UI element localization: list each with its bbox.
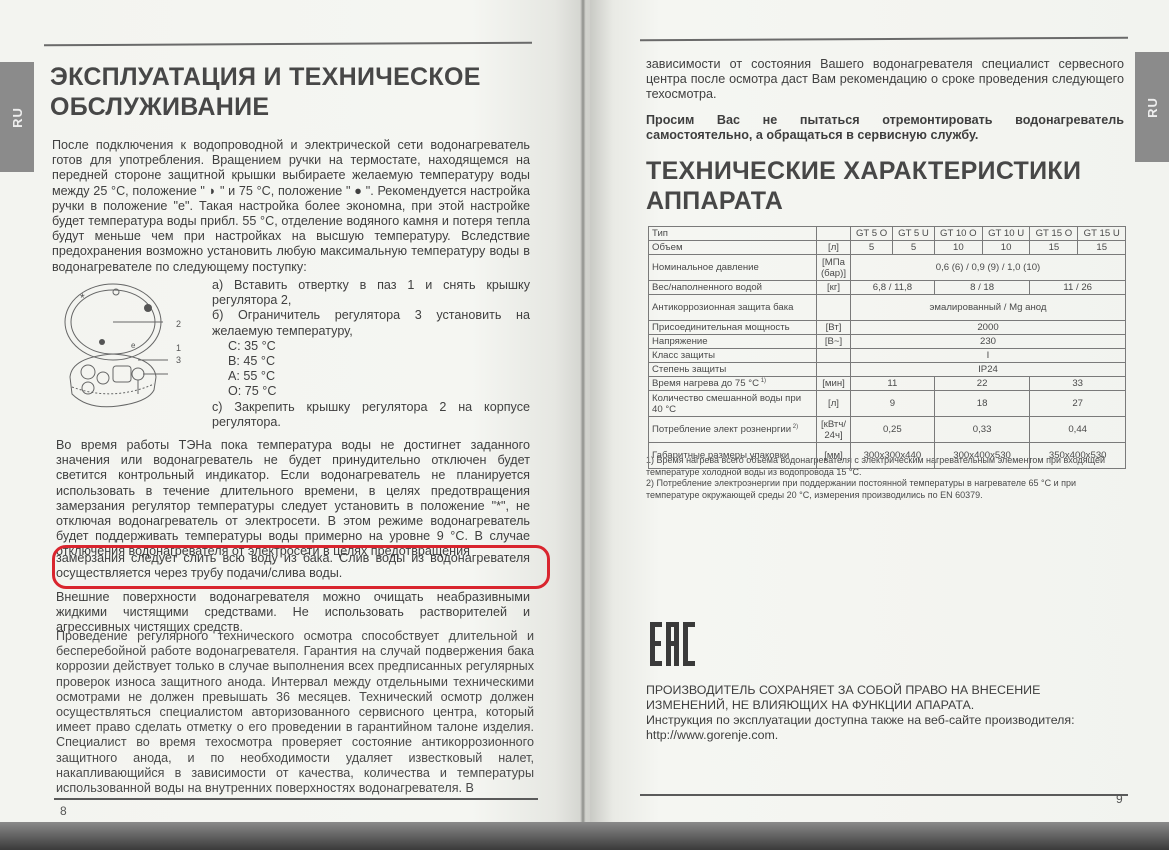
table-row: Объем[л]5510101515 — [649, 241, 1126, 255]
row-label: Номинальное давление — [649, 255, 817, 281]
row-unit: [мм] — [817, 443, 851, 469]
row-value: 10 — [982, 241, 1030, 255]
row-unit: [кВтч/ 24ч] — [817, 417, 851, 443]
diagram-callouts: 2 1 3 — [176, 318, 181, 366]
table-row: Степень защитыIP24 — [649, 363, 1126, 377]
bottom-rule — [640, 794, 1128, 796]
row-value: 11 — [851, 377, 935, 391]
row-value: 230 — [851, 335, 1126, 349]
page-number: 8 — [60, 804, 67, 818]
language-tab: RU — [1135, 52, 1169, 162]
row-label: Степень защиты — [649, 363, 817, 377]
row-unit: [Вт] — [817, 321, 851, 335]
language-tab-label: RU — [1145, 97, 1160, 118]
red-highlight-outline — [52, 545, 550, 589]
table-row: Класс защитыI — [649, 349, 1126, 363]
row-label: Напряжение — [649, 335, 817, 349]
setting-c: C: 35 °C — [212, 339, 530, 354]
model-header: GT 15 O — [1030, 227, 1078, 241]
eac-mark-icon — [650, 622, 696, 666]
table-row: Потребление элект розненргии 2)[кВтч/ 24… — [649, 417, 1126, 443]
table-row: Напряжение[В~]230 — [649, 335, 1126, 349]
row-value: 0,6 (6) / 0,9 (9) / 1,0 (10) — [851, 255, 1126, 281]
setting-o: O: 75 °C — [212, 384, 530, 399]
table-row: Количество смешанной воды при 40 °C[л]91… — [649, 391, 1126, 417]
continuation-paragraph: зависимости от состояния Вашего водонагр… — [646, 57, 1124, 103]
step-b: б) Ограничитель регулятора 3 установить … — [212, 308, 530, 338]
header-type-label: Тип — [649, 227, 817, 241]
manufacturer-url[interactable]: http://www.gorenje.com. — [646, 728, 1116, 743]
header-unit-cell — [817, 227, 851, 241]
maintenance-paragraph: Проведение регулярного технического осмо… — [56, 629, 534, 796]
table-row: Присоединительная мощность[Вт]2000 — [649, 321, 1126, 335]
row-value: 5 — [851, 241, 893, 255]
svg-text:*: * — [80, 291, 85, 305]
row-unit: [л] — [817, 241, 851, 255]
row-value: 22 — [934, 377, 1030, 391]
bottom-rule — [54, 798, 538, 800]
row-unit: [л] — [817, 391, 851, 417]
row-value: 11 / 26 — [1030, 281, 1126, 295]
svg-text:e: e — [131, 341, 136, 350]
row-value: 2000 — [851, 321, 1126, 335]
row-value: 9 — [851, 391, 935, 417]
table-row: Габаритные размеры упаковки[мм]300x300x4… — [649, 443, 1126, 469]
row-unit — [817, 349, 851, 363]
row-unit: [кг] — [817, 281, 851, 295]
row-value: 15 — [1078, 241, 1126, 255]
row-value: 15 — [1030, 241, 1078, 255]
page-number: 9 — [1116, 792, 1123, 806]
row-unit: [МПа (бар)] — [817, 255, 851, 281]
thermostat-diagram: * e — [58, 282, 193, 422]
model-header: GT 10 U — [982, 227, 1030, 241]
row-label: Объем — [649, 241, 817, 255]
limiter-steps: а) Вставить отвертку в паз 1 и снять кры… — [212, 278, 530, 430]
setting-a: A: 55 °C — [212, 369, 530, 384]
row-label: Время нагрева до 75 °C 1) — [649, 377, 817, 391]
model-header: GT 5 O — [851, 227, 893, 241]
row-value: 300x300x440 — [851, 443, 935, 469]
row-value: 0,44 — [1030, 417, 1126, 443]
operation-paragraph: Во время работы ТЭНа пока температура во… — [56, 438, 530, 560]
row-label: Потребление элект розненргии 2) — [649, 417, 817, 443]
row-value: I — [851, 349, 1126, 363]
book-spine — [580, 0, 586, 832]
row-label: Класс защиты — [649, 349, 817, 363]
step-a: а) Вставить отвертку в паз 1 и снять кры… — [212, 278, 530, 308]
row-label: Антикоррозионная защита бака — [649, 295, 817, 321]
setting-b: B: 45 °C — [212, 354, 530, 369]
row-value: 300x400x530 — [934, 443, 1030, 469]
row-value: 6,8 / 11,8 — [851, 281, 935, 295]
intro-paragraph: После подключения к водопроводной и элек… — [52, 138, 530, 275]
row-value: IP24 — [851, 363, 1126, 377]
row-unit — [817, 363, 851, 377]
footnote-2: 2) Потребление электроэнергии при поддер… — [646, 478, 1126, 501]
row-value: 5 — [893, 241, 935, 255]
row-value: 0,25 — [851, 417, 935, 443]
table-header-row: ТипGT 5 OGT 5 UGT 10 OGT 10 UGT 15 OGT 1… — [649, 227, 1126, 241]
row-label: Присоединительная мощность — [649, 321, 817, 335]
row-unit — [817, 295, 851, 321]
scan-edge — [0, 822, 1169, 850]
row-label: Количество смешанной воды при 40 °C — [649, 391, 817, 417]
row-unit: [мин] — [817, 377, 851, 391]
specs-table: ТипGT 5 OGT 5 UGT 10 OGT 10 UGT 15 OGT 1… — [648, 226, 1126, 469]
language-tab: RU — [0, 62, 34, 172]
row-value: 33 — [1030, 377, 1126, 391]
row-value: 10 — [934, 241, 982, 255]
row-value: 350x400x530 — [1030, 443, 1126, 469]
row-value: 8 / 18 — [934, 281, 1030, 295]
table-row: Вес/наполненного водой[кг]6,8 / 11,88 / … — [649, 281, 1126, 295]
table-row: Номинальное давление[МПа (бар)]0,6 (6) /… — [649, 255, 1126, 281]
row-value: 27 — [1030, 391, 1126, 417]
row-value: 0,33 — [934, 417, 1030, 443]
table-row: Антикоррозионная защита бакаэмалированны… — [649, 295, 1126, 321]
row-label: Вес/наполненного водой — [649, 281, 817, 295]
step-c: с) Закрепить крышку регулятора 2 на корп… — [212, 400, 530, 430]
model-header: GT 5 U — [893, 227, 935, 241]
row-value: 18 — [934, 391, 1030, 417]
top-rule — [640, 37, 1128, 42]
table-row: Время нагрева до 75 °C 1)[мин]112233 — [649, 377, 1126, 391]
top-rule — [44, 42, 532, 47]
row-value: эмалированный / Mg анод — [851, 295, 1126, 321]
row-unit: [В~] — [817, 335, 851, 349]
manufacturer-notice: ПРОИЗВОДИТЕЛЬ СОХРАНЯЕТ ЗА СОБОЙ ПРАВО Н… — [646, 683, 1116, 743]
service-warning: Просим Вас не пытаться отремонтировать в… — [646, 113, 1124, 143]
specs-title: ТЕХНИЧЕСКИЕ ХАРАКТЕРИСТИКИ АППАРАТА — [646, 156, 1081, 216]
language-tab-label: RU — [10, 107, 25, 128]
section-title: ЭКСПЛУАТАЦИЯ И ТЕХНИЧЕСКОЕ ОБСЛУЖИВАНИЕ — [50, 62, 481, 122]
model-header: GT 10 O — [934, 227, 982, 241]
left-page: RU ЭКСПЛУАТАЦИЯ И ТЕХНИЧЕСКОЕ ОБСЛУЖИВАН… — [0, 0, 590, 832]
model-header: GT 15 U — [1078, 227, 1126, 241]
row-label: Габаритные размеры упаковки — [649, 443, 817, 469]
